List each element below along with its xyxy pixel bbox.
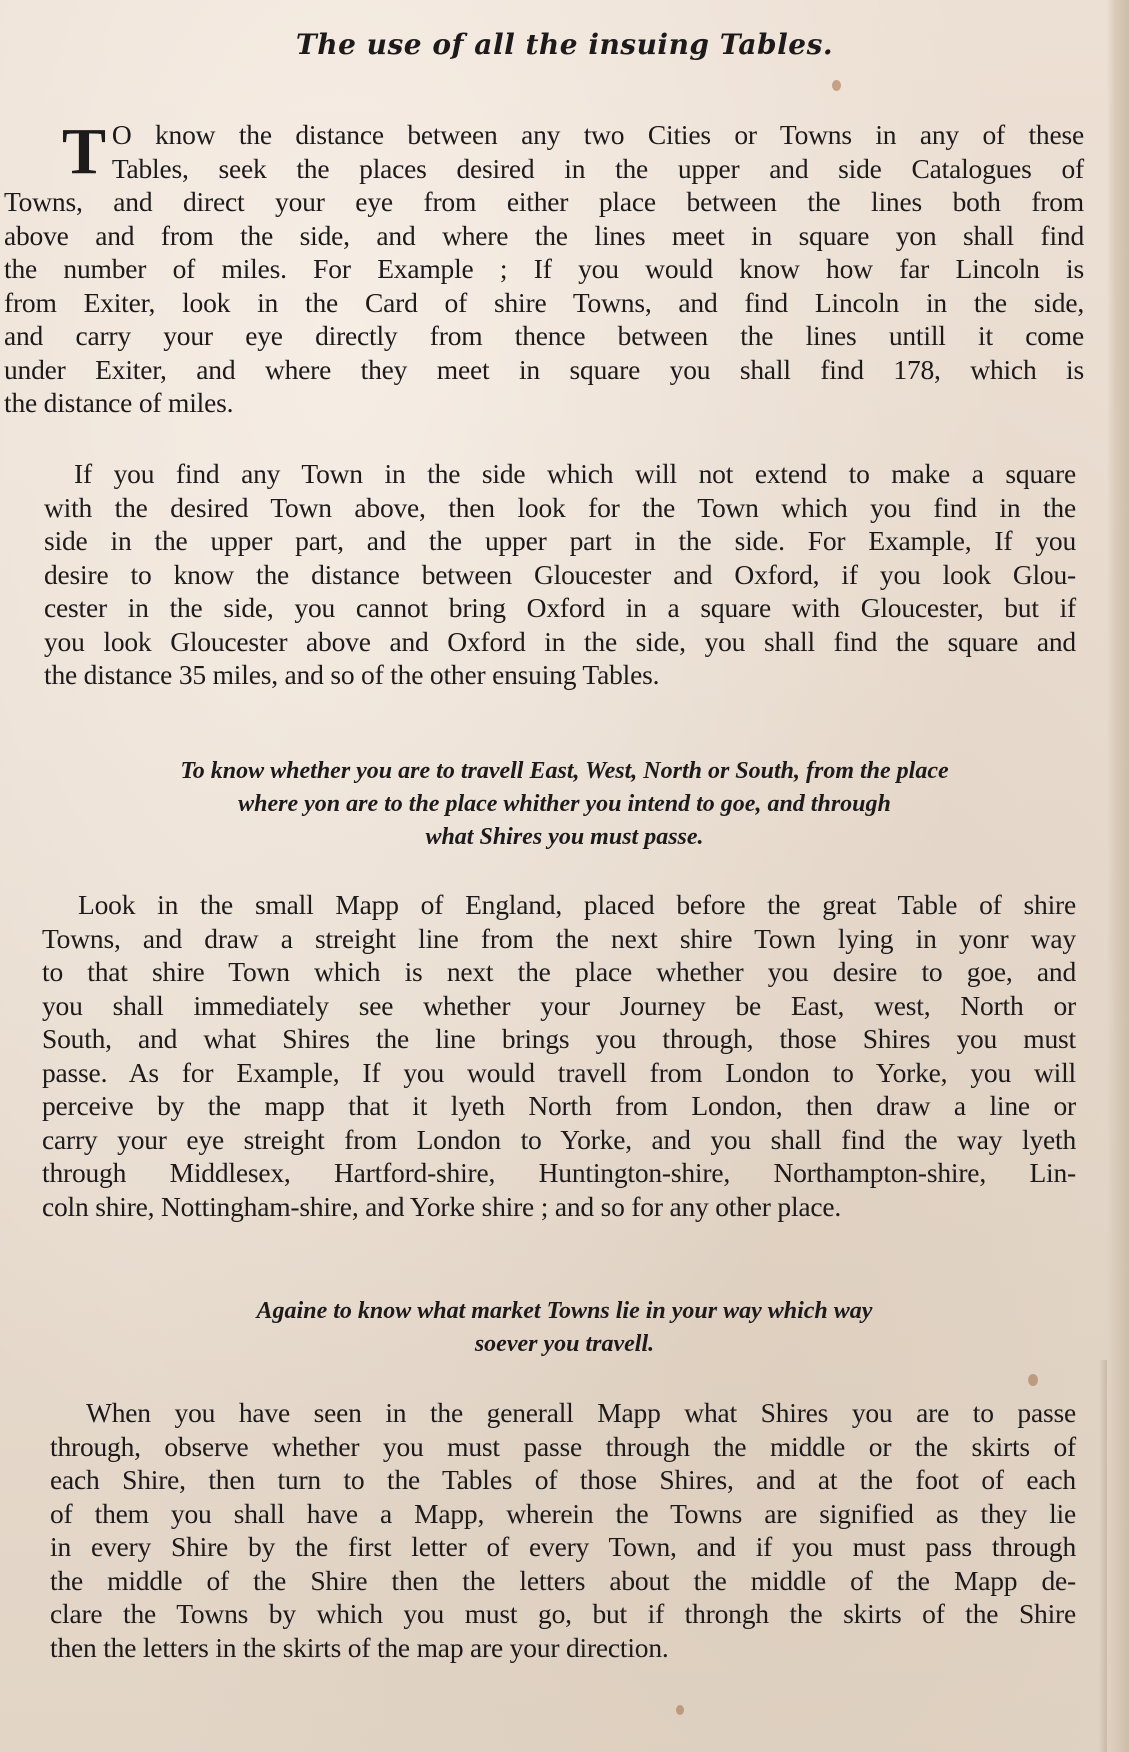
paragraph-distance-instructions: T O know the distance between any two Ci… xyxy=(62,118,1084,420)
paragraph-side-town-instructions: If you find any Town in the side which w… xyxy=(44,457,1076,692)
text-line: you shall immediately see whether your J… xyxy=(42,989,1076,1023)
paragraph-shire-maps: When you have seen in the generall Mapp … xyxy=(50,1396,1076,1664)
text-line: the distance of miles. xyxy=(4,386,1084,420)
section-heading-market-towns: Againe to know what market Towns lie in … xyxy=(0,1295,1129,1361)
text-line: If you find any Town in the side which w… xyxy=(44,457,1076,491)
document-page: The use of all the insuing Tables. T O k… xyxy=(0,0,1129,1752)
paper-stain xyxy=(832,80,841,91)
text-line: Tables, seek the places desired in the u… xyxy=(62,152,1084,186)
text-line: each Shire, then turn to the Tables of t… xyxy=(50,1463,1076,1497)
text-line: the middle of the Shire then the letters… xyxy=(50,1564,1076,1598)
text-line: to that shire Town which is next the pla… xyxy=(42,955,1076,989)
text-line: in every Shire by the first letter of ev… xyxy=(50,1530,1076,1564)
text-line: coln shire, Nottingham-shire, and Yorke … xyxy=(42,1190,1076,1224)
text-line: clare the Towns by which you must go, bu… xyxy=(50,1597,1076,1631)
text-line: cester in the side, you cannot bring Oxf… xyxy=(44,591,1076,625)
text-line: of them you shall have a Mapp, wherein t… xyxy=(50,1497,1076,1531)
paragraph-map-of-england: Look in the small Mapp of England, place… xyxy=(42,888,1076,1223)
text-line: Towns, and draw a streight line from the… xyxy=(42,922,1076,956)
heading-line: where yon are to the place whither you i… xyxy=(0,788,1129,821)
text-line: through Middlesex, Hartford-shire, Hunti… xyxy=(42,1156,1076,1190)
heading-line: To know whether you are to travell East,… xyxy=(0,755,1129,788)
text-line: the number of miles. For Example ; If yo… xyxy=(4,252,1084,286)
paper-stain xyxy=(676,1705,684,1715)
text-line: When you have seen in the generall Mapp … xyxy=(50,1396,1076,1430)
section-heading-direction: To know whether you are to travell East,… xyxy=(0,755,1129,854)
page-title: The use of all the insuing Tables. xyxy=(0,28,1129,61)
text-line: Look in the small Mapp of England, place… xyxy=(42,888,1076,922)
paper-stain xyxy=(1028,1374,1038,1386)
text-line: Towns, and direct your eye from either p… xyxy=(4,185,1084,219)
page-edge-shadow xyxy=(1107,0,1129,1752)
text-line: through, observe whether you must passe … xyxy=(50,1430,1076,1464)
text-line: desire to know the distance between Glou… xyxy=(44,558,1076,592)
text-line: passe. As for Example, If you would trav… xyxy=(42,1056,1076,1090)
text-line: and carry your eye directly from thence … xyxy=(4,319,1084,353)
text-line: with the desired Town above, then look f… xyxy=(44,491,1076,525)
text-line: you look Gloucester above and Oxford in … xyxy=(44,625,1076,659)
text-line: above and from the side, and where the l… xyxy=(4,219,1084,253)
text-line: then the letters in the skirts of the ma… xyxy=(50,1631,1076,1665)
text-line: perceive by the mapp that it lyeth North… xyxy=(42,1089,1076,1123)
heading-line: Againe to know what market Towns lie in … xyxy=(0,1295,1129,1328)
drop-cap: T xyxy=(62,124,106,180)
page-fold-shadow xyxy=(1099,1360,1107,1752)
heading-line: soever you travell. xyxy=(0,1328,1129,1361)
text-line: from Exiter, look in the Card of shire T… xyxy=(4,286,1084,320)
text-line: O know the distance between any two Citi… xyxy=(62,118,1084,152)
text-line: South, and what Shires the line brings y… xyxy=(42,1022,1076,1056)
heading-line: what Shires you must passe. xyxy=(0,821,1129,854)
text-line: side in the upper part, and the upper pa… xyxy=(44,524,1076,558)
text-line: carry your eye streight from London to Y… xyxy=(42,1123,1076,1157)
text-line: the distance 35 miles, and so of the oth… xyxy=(44,658,1076,692)
text-line: under Exiter, and where they meet in squ… xyxy=(4,353,1084,387)
